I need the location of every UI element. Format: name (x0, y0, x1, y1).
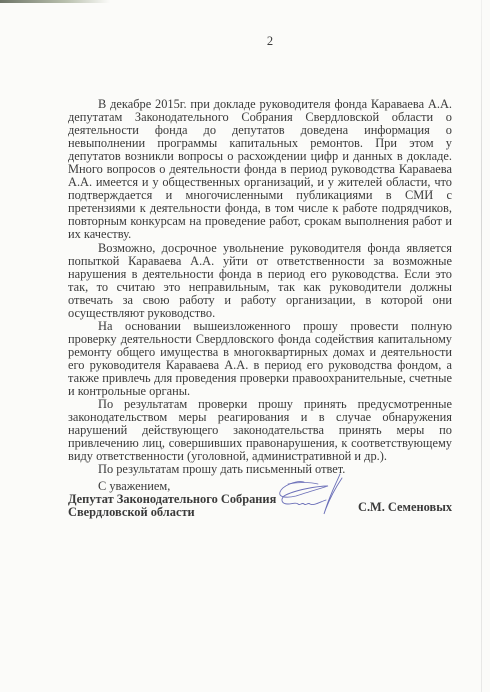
paragraph-5: По результатам прошу дать письменный отв… (68, 463, 452, 476)
paragraph-1: В декабре 2015г. при докладе руководител… (68, 98, 452, 242)
signer-name: С.М. Семеновых (358, 501, 452, 514)
page-number: 2 (0, 34, 490, 48)
paragraph-4: По результатам проверки прошу принять пр… (68, 398, 452, 463)
paragraph-3: На основании вышеизложенного прошу прове… (68, 320, 452, 398)
scan-edge-artifact (0, 0, 110, 3)
paragraph-2: Возможно, досрочное увольнение руководит… (68, 242, 452, 320)
letter-body: В декабре 2015г. при докладе руководител… (68, 98, 452, 476)
signature-icon (274, 472, 350, 518)
page-edge-line (481, 0, 482, 692)
